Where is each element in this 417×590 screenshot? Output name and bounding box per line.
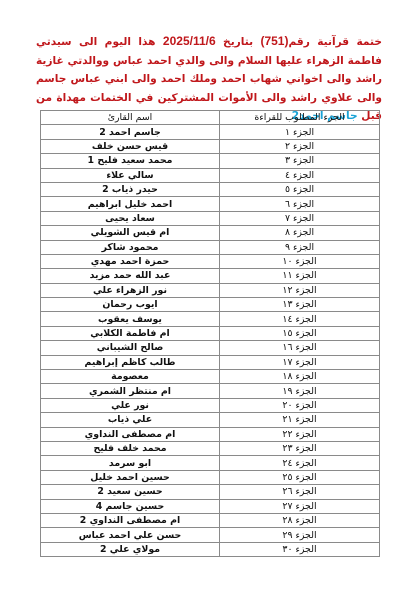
table-row: الجزء ٨ام قيس الشويلي: [41, 226, 380, 240]
reader-name-cell: سالي علاء: [41, 168, 220, 182]
part-cell: الجزء ١٣: [220, 298, 380, 312]
part-cell: الجزء ٢٩: [220, 528, 380, 542]
khatma-date: 2025/11/6: [163, 34, 216, 48]
reader-name-cell: حسين سعيد 2: [41, 485, 220, 499]
table-row: الجزء ٩محمود شاكر: [41, 240, 380, 254]
reader-name-cell: جاسم احمد 2: [41, 125, 220, 139]
table-row: الجزء ١١عبد الله حمد مزيد: [41, 269, 380, 283]
table-row: الجزء ٥حيدر ذياب 2: [41, 182, 380, 196]
reader-name-cell: محمد خلف فليح: [41, 441, 220, 455]
header-part: الجزء المطلوب للقراءة: [220, 111, 380, 125]
part-cell: الجزء ١١: [220, 269, 380, 283]
reader-name-cell: ام مصطفى النداوي: [41, 427, 220, 441]
header-reader: اسم القارئ: [41, 111, 220, 125]
table-body: الجزء ١جاسم احمد 2الجزء ٢قيس حسن خلفالجز…: [41, 125, 380, 557]
table-row: الجزء ٣٠مولاي علي 2: [41, 542, 380, 556]
part-cell: الجزء ١٧: [220, 355, 380, 369]
part-cell: الجزء ٢٥: [220, 470, 380, 484]
heading-text-date-label: بتاريخ: [216, 36, 261, 48]
reader-name-cell: قيس حسن خلف: [41, 139, 220, 153]
part-cell: الجزء ١٦: [220, 341, 380, 355]
part-cell: الجزء ٧: [220, 211, 380, 225]
reader-name-cell: نور الزهراء علي: [41, 283, 220, 297]
part-cell: الجزء ٢٠: [220, 398, 380, 412]
table-row: الجزء ٢٩حسن علي احمد عباس: [41, 528, 380, 542]
heading-text-intro: ختمة قرآنية رقم: [288, 36, 382, 48]
part-cell: الجزء ٦: [220, 197, 380, 211]
table-row: الجزء ٢٦حسين سعيد 2: [41, 485, 380, 499]
table-row: الجزء ١٥ام فاطمة الكلابي: [41, 326, 380, 340]
table-row: الجزء ٢٨ام مصطفى النداوي 2: [41, 513, 380, 527]
part-cell: الجزء ١٨: [220, 370, 380, 384]
table-header-row: الجزء المطلوب للقراءة اسم القارئ: [41, 111, 380, 125]
reading-assignments-table: الجزء المطلوب للقراءة اسم القارئ الجزء ١…: [40, 110, 380, 557]
part-cell: الجزء ١٢: [220, 283, 380, 297]
table-row: الجزء ٣محمد سعيد فليح 1: [41, 154, 380, 168]
reader-name-cell: علي ذياب: [41, 413, 220, 427]
part-cell: الجزء ٩: [220, 240, 380, 254]
table-row: الجزء ١٠حمزة احمد مهدي: [41, 254, 380, 268]
table-row: الجزء ٢٢ام مصطفى النداوي: [41, 427, 380, 441]
part-cell: الجزء ١٠: [220, 254, 380, 268]
table-row: الجزء ٢٥حسين احمد خليل: [41, 470, 380, 484]
part-cell: الجزء ٢٤: [220, 456, 380, 470]
table-row: الجزء ١٦صالح الشيباني: [41, 341, 380, 355]
part-cell: الجزء ٨: [220, 226, 380, 240]
part-cell: الجزء ٢٦: [220, 485, 380, 499]
table-row: الجزء ٢٤ابو سرمد: [41, 456, 380, 470]
table-row: الجزء ١٧طالب كاظم إبراهيم: [41, 355, 380, 369]
reader-name-cell: حسن علي احمد عباس: [41, 528, 220, 542]
table-row: الجزء ٢١علي ذياب: [41, 413, 380, 427]
reader-name-cell: يوسف يعقوب: [41, 312, 220, 326]
part-cell: الجزء ٤: [220, 168, 380, 182]
table-row: الجزء ١٨معصومة: [41, 370, 380, 384]
table-row: الجزء ١جاسم احمد 2: [41, 125, 380, 139]
part-cell: الجزء ٢١: [220, 413, 380, 427]
document-page: ختمة قرآنية رقم(751) بتاريخ 2025/11/6 هذ…: [0, 0, 417, 590]
reader-name-cell: مولاي علي 2: [41, 542, 220, 556]
part-cell: الجزء ١٩: [220, 384, 380, 398]
reader-name-cell: احمد خليل ابراهيم: [41, 197, 220, 211]
part-cell: الجزء ٢٢: [220, 427, 380, 441]
reader-name-cell: ايوب رحمان: [41, 298, 220, 312]
reader-name-cell: ام منتظر الشمري: [41, 384, 220, 398]
part-cell: الجزء ٢٣: [220, 441, 380, 455]
table-row: الجزء ٢٠نور علي: [41, 398, 380, 412]
table-row: الجزء ٢٣محمد خلف فليح: [41, 441, 380, 455]
reader-name-cell: عبد الله حمد مزيد: [41, 269, 220, 283]
reader-name-cell: ام مصطفى النداوي 2: [41, 513, 220, 527]
part-cell: الجزء ١: [220, 125, 380, 139]
part-cell: الجزء ١٤: [220, 312, 380, 326]
reader-name-cell: حسين جاسم 4: [41, 499, 220, 513]
part-cell: الجزء ٣: [220, 154, 380, 168]
reader-name-cell: ام فاطمة الكلابي: [41, 326, 220, 340]
table-row: الجزء ٤سالي علاء: [41, 168, 380, 182]
reader-name-cell: صالح الشيباني: [41, 341, 220, 355]
part-cell: الجزء ٢٨: [220, 513, 380, 527]
table-row: الجزء ٦احمد خليل ابراهيم: [41, 197, 380, 211]
part-cell: الجزء ٢٧: [220, 499, 380, 513]
reader-name-cell: حيدر ذياب 2: [41, 182, 220, 196]
table-row: الجزء ١٢نور الزهراء علي: [41, 283, 380, 297]
reader-name-cell: ام قيس الشويلي: [41, 226, 220, 240]
reader-name-cell: حسين احمد خليل: [41, 470, 220, 484]
reader-name-cell: محمد سعيد فليح 1: [41, 154, 220, 168]
reader-name-cell: معصومة: [41, 370, 220, 384]
reader-name-cell: حمزة احمد مهدي: [41, 254, 220, 268]
table-row: الجزء ٢٧حسين جاسم 4: [41, 499, 380, 513]
table-row: الجزء ٧سعاد يحيى: [41, 211, 380, 225]
part-cell: الجزء ٢: [220, 139, 380, 153]
reader-name-cell: محمود شاكر: [41, 240, 220, 254]
reader-name-cell: طالب كاظم إبراهيم: [41, 355, 220, 369]
table-row: الجزء ١٩ام منتظر الشمري: [41, 384, 380, 398]
reader-name-cell: ابو سرمد: [41, 456, 220, 470]
reader-name-cell: نور علي: [41, 398, 220, 412]
part-cell: الجزء ٥: [220, 182, 380, 196]
part-cell: الجزء ٣٠: [220, 542, 380, 556]
table-row: الجزء ٢قيس حسن خلف: [41, 139, 380, 153]
khatma-number: (751): [260, 34, 288, 48]
table-row: الجزء ١٣ايوب رحمان: [41, 298, 380, 312]
part-cell: الجزء ١٥: [220, 326, 380, 340]
table-row: الجزء ١٤يوسف يعقوب: [41, 312, 380, 326]
reader-name-cell: سعاد يحيى: [41, 211, 220, 225]
